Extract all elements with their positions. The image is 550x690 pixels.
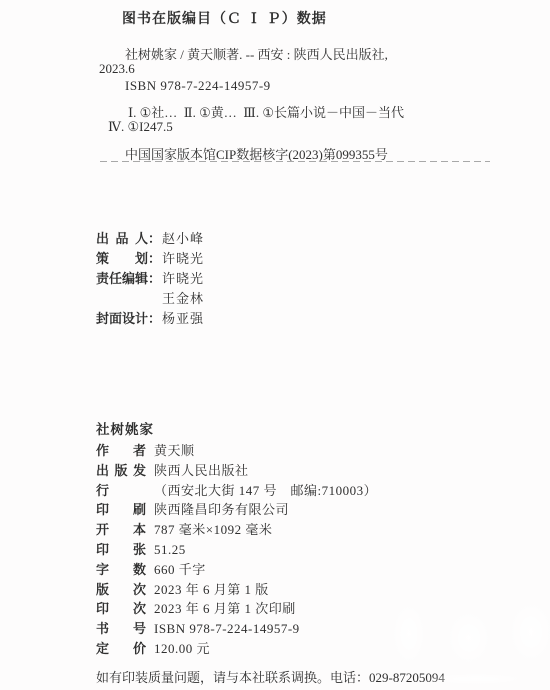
colophon-value: 120.00 元 xyxy=(154,641,210,656)
colophon-row-price: 定价120.00 元 xyxy=(96,639,377,659)
colophon-row-edition: 版次2023 年 6 月第 1 版 xyxy=(96,580,377,600)
colophon-block: 社树姚家 作者黄天顺 出版发行陕西人民出版社 （西安北大街 147 号 邮编:7… xyxy=(96,418,377,659)
staff-colon: ： xyxy=(148,269,162,289)
colophon-value: 陕西人民出版社 xyxy=(154,463,249,478)
cip-isbn-line: ISBN 978-7-224-14957-9 xyxy=(125,78,271,94)
cip-classification-line-2: Ⅳ. ①I247.5 xyxy=(108,119,173,135)
colophon-value: 2023 年 6 月第 1 版 xyxy=(154,582,269,597)
colophon-value: 787 毫米×1092 毫米 xyxy=(154,522,272,537)
colophon-label: 版次 xyxy=(96,580,146,600)
colophon-value: 51.25 xyxy=(154,542,186,557)
book-title: 社树姚家 xyxy=(96,418,377,441)
staff-value: 王金林 xyxy=(162,291,204,306)
colophon-row-word-count: 字数660 千字 xyxy=(96,560,377,580)
staff-row-editor-2: 王金林 xyxy=(96,289,204,309)
staff-row-producer: 出品人：赵小峰 xyxy=(96,229,204,249)
cip-entry-line-1: 社树姚家 / 黄天顺著. -- 西安 : 陕西人民出版社, xyxy=(125,44,388,63)
colophon-label: 书号 xyxy=(96,619,146,639)
colophon-label: 字数 xyxy=(96,560,146,580)
colophon-row-publisher-address: （西安北大街 147 号 邮编:710003） xyxy=(96,481,377,501)
colophon-value: 2023 年 6 月第 1 次印刷 xyxy=(154,601,296,616)
staff-value: 赵小峰 xyxy=(162,231,204,246)
colophon-label: 印次 xyxy=(96,599,146,619)
colophon-row-sheets: 印张51.25 xyxy=(96,540,377,560)
colophon-value: 黄天顺 xyxy=(154,443,195,458)
staff-credits-block: 出品人：赵小峰 策划：许晓光 责任编辑：许晓光 王金林 封面设计：杨亚强 xyxy=(96,229,204,329)
colophon-value: 陕西隆昌印务有限公司 xyxy=(154,502,289,517)
colophon-row-publisher: 出版发行陕西人民出版社 xyxy=(96,461,377,481)
staff-colon: ： xyxy=(148,249,162,269)
staff-label: 策划 xyxy=(96,249,148,269)
staff-colon: ： xyxy=(148,229,162,249)
colophon-label: 印张 xyxy=(96,540,146,560)
staff-value: 杨亚强 xyxy=(162,311,204,326)
staff-row-cover-designer: 封面设计：杨亚强 xyxy=(96,309,204,329)
colophon-row-printer: 印刷陕西隆昌印务有限公司 xyxy=(96,500,377,520)
staff-label: 封面设计 xyxy=(96,309,148,329)
colophon-row-impression: 印次2023 年 6 月第 1 次印刷 xyxy=(96,599,377,619)
colophon-value: 660 千字 xyxy=(154,562,206,577)
colophon-value: （西安北大街 147 号 邮编:710003） xyxy=(154,483,377,498)
colophon-value: ISBN 978-7-224-14957-9 xyxy=(154,621,300,636)
staff-row-planner: 策划：许晓光 xyxy=(96,249,204,269)
watermark xyxy=(381,576,550,690)
colophon-label: 定价 xyxy=(96,639,146,659)
cip-entry-line-2: 2023.6 xyxy=(99,61,135,77)
staff-label: 出品人 xyxy=(96,229,148,249)
copyright-page: 图书在版编目（Ｃ Ｉ Ｐ）数据 社树姚家 / 黄天顺著. -- 西安 : 陕西人… xyxy=(0,0,550,690)
dashed-separator xyxy=(100,161,490,162)
colophon-row-author: 作者黄天顺 xyxy=(96,441,377,461)
colophon-label: 开本 xyxy=(96,520,146,540)
colophon-label: 印刷 xyxy=(96,500,146,520)
colophon-row-isbn: 书号ISBN 978-7-224-14957-9 xyxy=(96,619,377,639)
staff-value: 许晓光 xyxy=(162,271,204,286)
colophon-row-format: 开本787 毫米×1092 毫米 xyxy=(96,520,377,540)
staff-label: 责任编辑 xyxy=(96,269,148,289)
staff-value: 许晓光 xyxy=(162,251,204,266)
cip-header: 图书在版编目（Ｃ Ｉ Ｐ）数据 xyxy=(122,8,327,28)
colophon-label: 作者 xyxy=(96,441,146,461)
staff-colon: ： xyxy=(148,309,162,329)
staff-row-editor-1: 责任编辑：许晓光 xyxy=(96,269,204,289)
